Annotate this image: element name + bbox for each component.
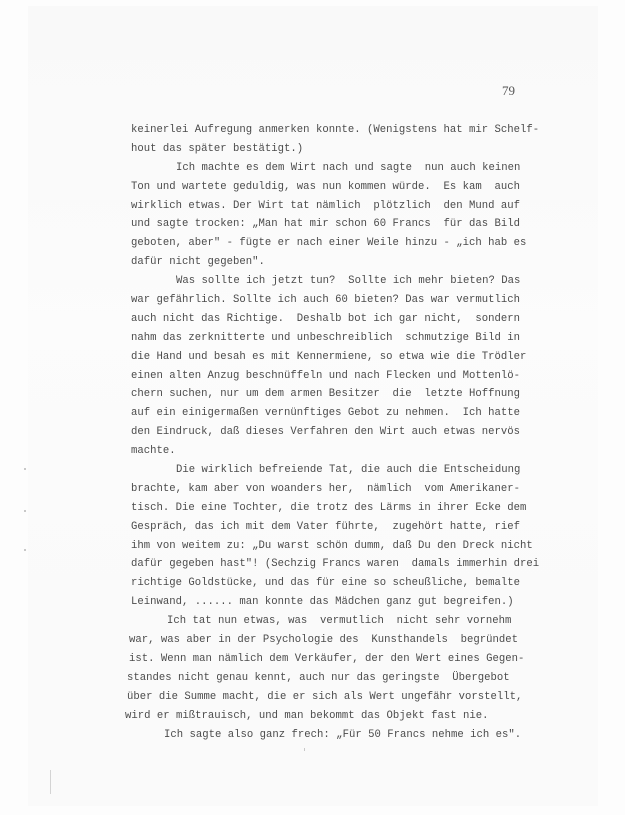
text-line: tisch. Die eine Tochter, die trotz des L… <box>131 499 517 518</box>
text-line: chern suchen, nur um dem armen Besitzer … <box>131 385 517 404</box>
text-line: und sagte trocken: „Man hat mir schon 60… <box>131 215 517 234</box>
text-line: keinerlei Aufregung anmerken konnte. (We… <box>131 121 517 140</box>
text-line: dafür gegeben hast"! (Sechzig Francs war… <box>131 555 517 574</box>
text-line: über die Summe macht, die er sich als We… <box>127 688 517 707</box>
margin-pencil-line <box>50 770 51 794</box>
text-line: die Hand und besah es mit Kennermiene, s… <box>131 348 517 367</box>
text-line: wird er mißtrauisch, und man bekommt das… <box>125 707 517 726</box>
margin-speck <box>24 510 26 512</box>
text-line: Leinwand, ...... man konnte das Mädchen … <box>131 593 517 612</box>
text-line: Gespräch, das ich mit dem Vater führte, … <box>131 518 517 537</box>
text-line: wirklich etwas. Der Wirt tat nämlich plö… <box>131 197 517 216</box>
text-line: auf ein einigermaßen vernünftiges Gebot … <box>131 404 517 423</box>
text-line: Was sollte ich jetzt tun? Sollte ich meh… <box>131 272 517 291</box>
text-line: brachte, kam aber von woanders her, näml… <box>131 480 517 499</box>
text-line: Die wirklich befreiende Tat, die auch di… <box>131 461 517 480</box>
text-line: standes nicht genau kennt, auch nur das … <box>127 669 517 688</box>
text-line: einen alten Anzug beschnüffeln und nach … <box>131 367 517 386</box>
text-line: geboten, aber" - fügte er nach einer Wei… <box>131 234 517 253</box>
text-line: auch nicht das Richtige. Deshalb bot ich… <box>131 310 517 329</box>
page-number: 79 <box>502 83 515 99</box>
typewritten-text-body: keinerlei Aufregung anmerken konnte. (We… <box>131 121 517 744</box>
text-line: richtige Goldstücke, und das für eine so… <box>131 574 517 593</box>
text-line: Ich sagte also ganz frech: „Für 50 Franc… <box>131 726 517 745</box>
margin-speck <box>24 549 26 551</box>
text-line: machte. <box>131 442 517 461</box>
text-line: den Eindruck, daß dieses Verfahren den W… <box>131 423 517 442</box>
text-line: Ich machte es dem Wirt nach und sagte nu… <box>131 159 517 178</box>
text-line: ist. Wenn man nämlich dem Verkäufer, der… <box>129 650 517 669</box>
text-line: Ton und wartete geduldig, was nun kommen… <box>131 178 517 197</box>
text-line: hout das später bestätigt.) <box>131 140 517 159</box>
text-line: ihm von weitem zu: „Du warst schön dumm,… <box>131 537 517 556</box>
text-line: dafür nicht gegeben". <box>131 253 517 272</box>
text-line: war gefährlich. Sollte ich auch 60 biete… <box>131 291 517 310</box>
scanned-page: 79 keinerlei Aufregung anmerken konnte. … <box>0 0 625 815</box>
paper-speck <box>304 748 305 751</box>
margin-speck <box>24 468 26 470</box>
text-line: war, was aber in der Psychologie des Kun… <box>129 631 517 650</box>
text-line: Ich tat nun etwas, was vermutlich nicht … <box>131 612 517 631</box>
text-line: nahm das zerknitterte und unbeschreiblic… <box>131 329 517 348</box>
